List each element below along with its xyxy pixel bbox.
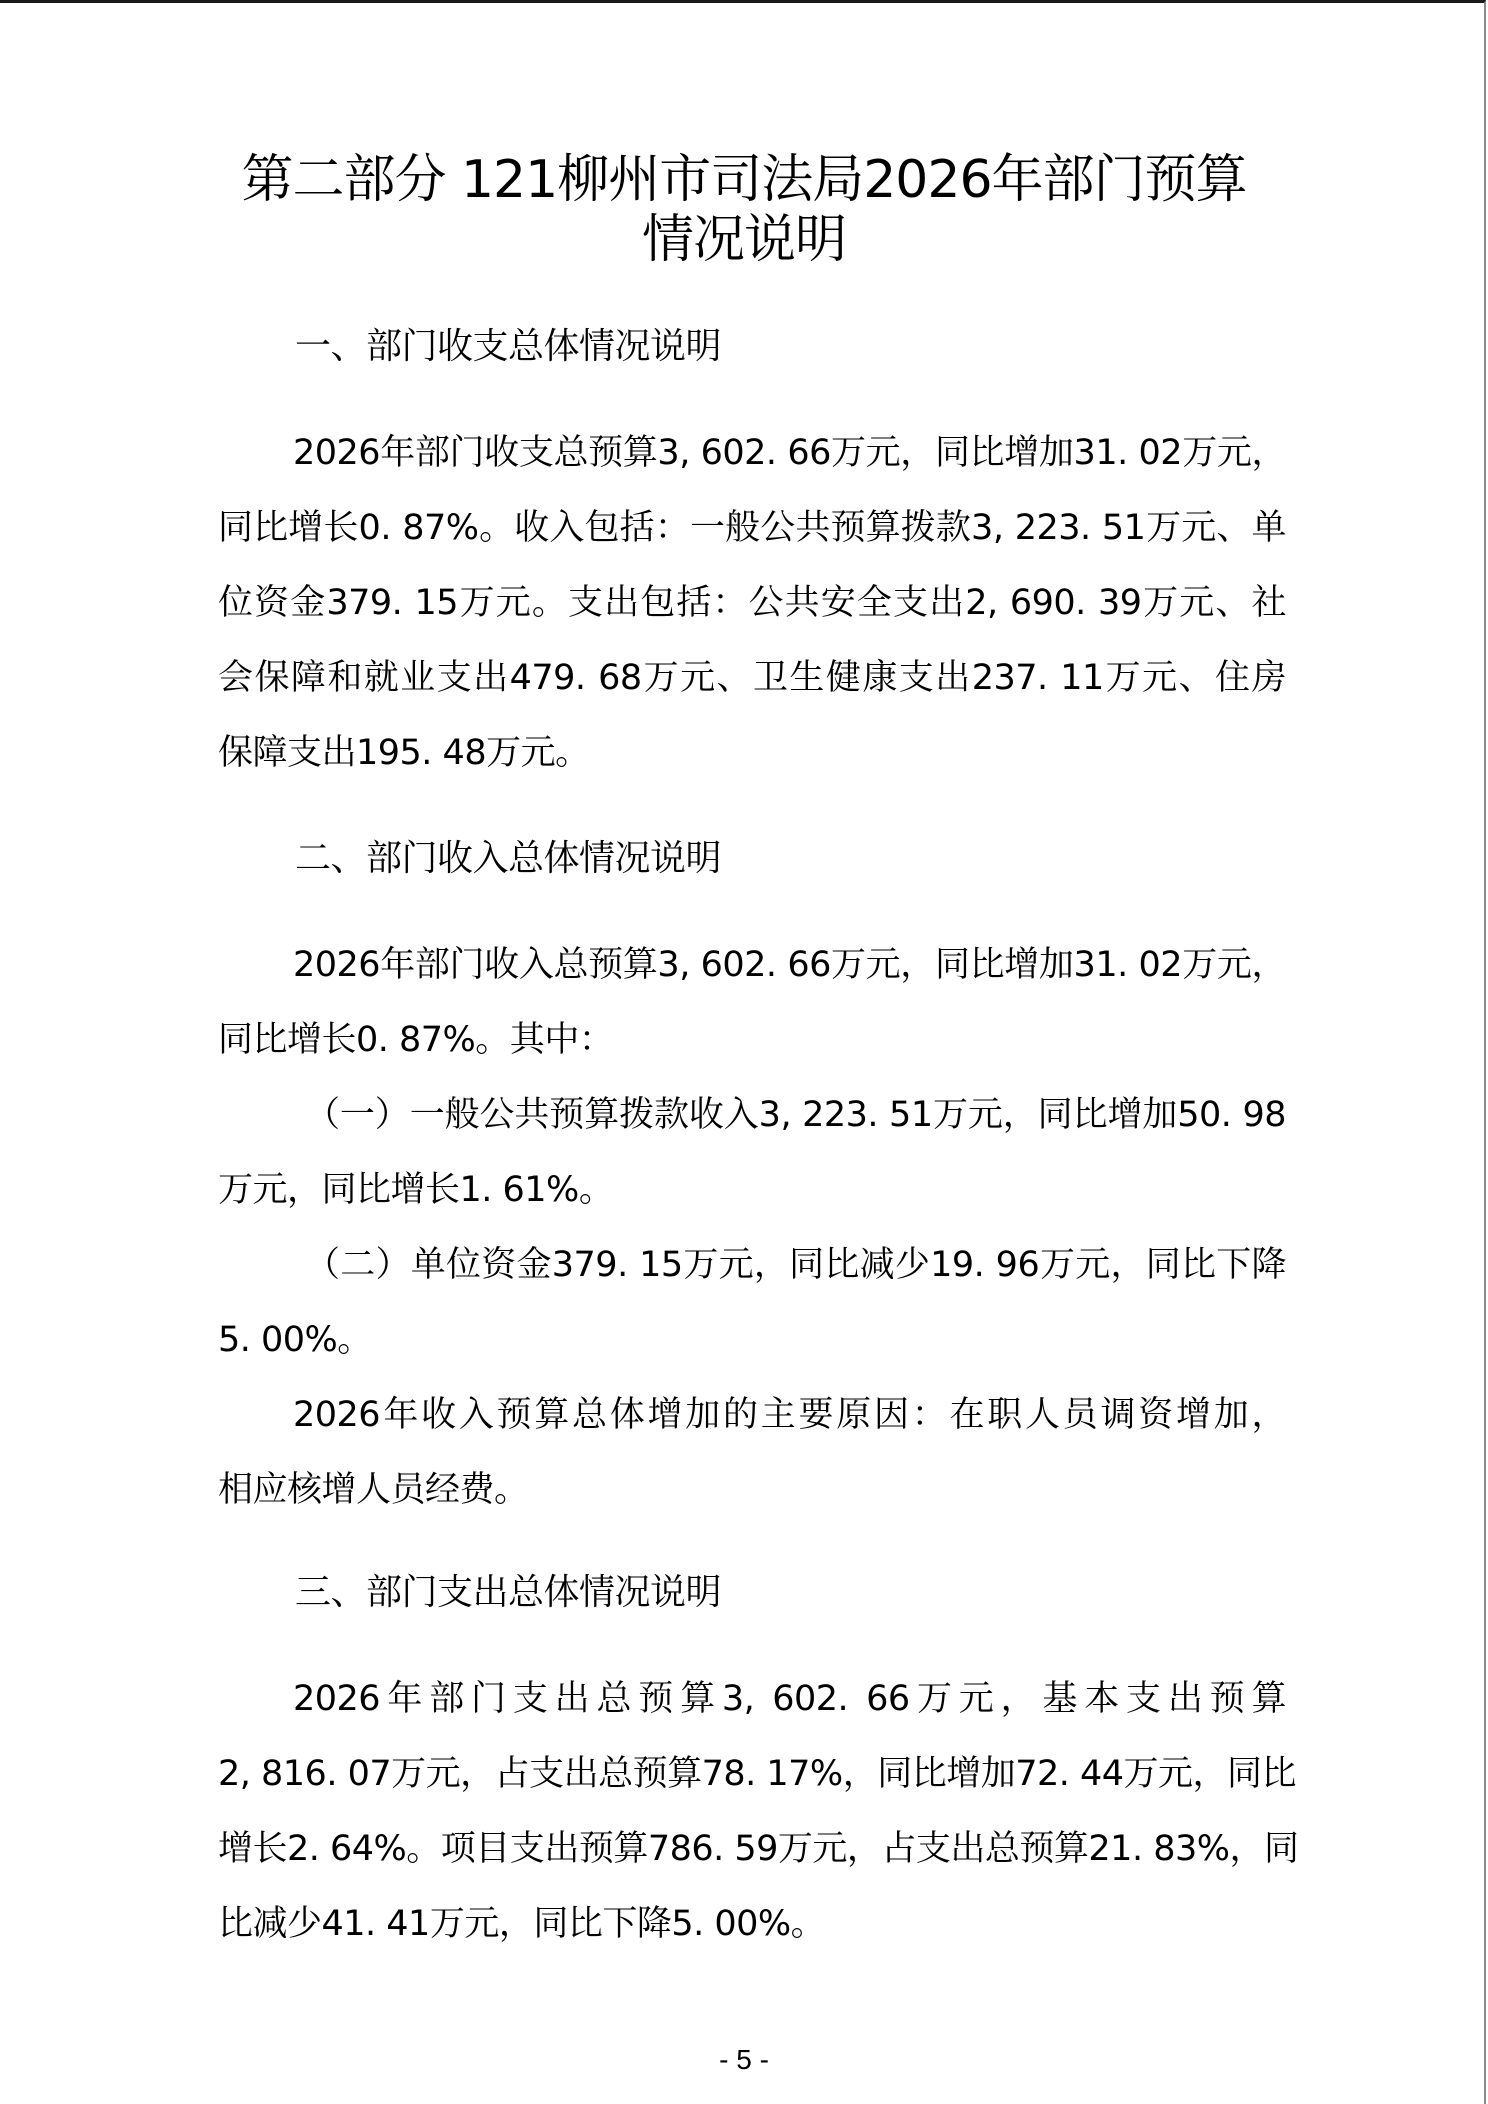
page-number: - 5 - [0, 2043, 1488, 2077]
paragraph-line: 比减少41. 41万元，同比下降5. 00%。 [218, 1902, 825, 1946]
paragraph-line: 2, 816. 07万元，占支出总预算78. 17%，同比增加72. 44万元，… [218, 1752, 1286, 1796]
page-title-line-1: 第二部分 121柳州市司法局2026年部门预算 [0, 149, 1488, 211]
paragraph-line: 2026年部门收支总预算3, 602. 66万元，同比增加31. 02万元， [293, 431, 1286, 475]
paragraph-line: 2026年部门收入总预算3, 602. 66万元，同比增加31. 02万元， [293, 943, 1286, 987]
paragraph-line: 增长2. 64%。项目支出预算786. 59万元，占支出总预算21. 83%，同 [218, 1827, 1286, 1871]
document-page: 第二部分 121柳州市司法局2026年部门预算 情况说明 一、部门收支总体情况说… [0, 0, 1486, 2104]
paragraph-line: 2026年收入预算总体增加的主要原因：在职人员调资增加， [293, 1393, 1286, 1437]
paragraph-line: 保障支出195. 48万元。 [218, 731, 590, 775]
paragraph-line: （二）单位资金379. 15万元，同比减少19. 96万元，同比下降 [305, 1243, 1286, 1287]
paragraph-line: 相应核增人员经费。 [218, 1468, 529, 1512]
section-heading-3: 三、部门支出总体情况说明 [295, 1571, 721, 1615]
paragraph-line: 万元，同比增长1. 61%。 [218, 1168, 613, 1212]
paragraph-line: （一）一般公共预算拨款收入3, 223. 51万元，同比增加50. 98 [305, 1093, 1286, 1137]
section-heading-2: 二、部门收入总体情况说明 [295, 837, 721, 881]
paragraph-line: 2026年部门支出总预算3, 602. 66万元，基本支出预算 [293, 1677, 1286, 1721]
paragraph-line: 同比增长0. 87%。收入包括：一般公共预算拨款3, 223. 51万元、单 [218, 506, 1286, 550]
paragraph-line: 同比增长0. 87%。其中： [218, 1018, 613, 1062]
page-title-line-2: 情况说明 [0, 209, 1488, 271]
paragraph-line: 位资金379. 15万元。支出包括：公共安全支出2, 690. 39万元、社 [218, 581, 1286, 625]
section-heading-1: 一、部门收支总体情况说明 [295, 325, 721, 369]
paragraph-line: 5. 00%。 [218, 1318, 372, 1362]
paragraph-line: 会保障和就业支出479. 68万元、卫生健康支出237. 11万元、住房 [218, 656, 1286, 700]
